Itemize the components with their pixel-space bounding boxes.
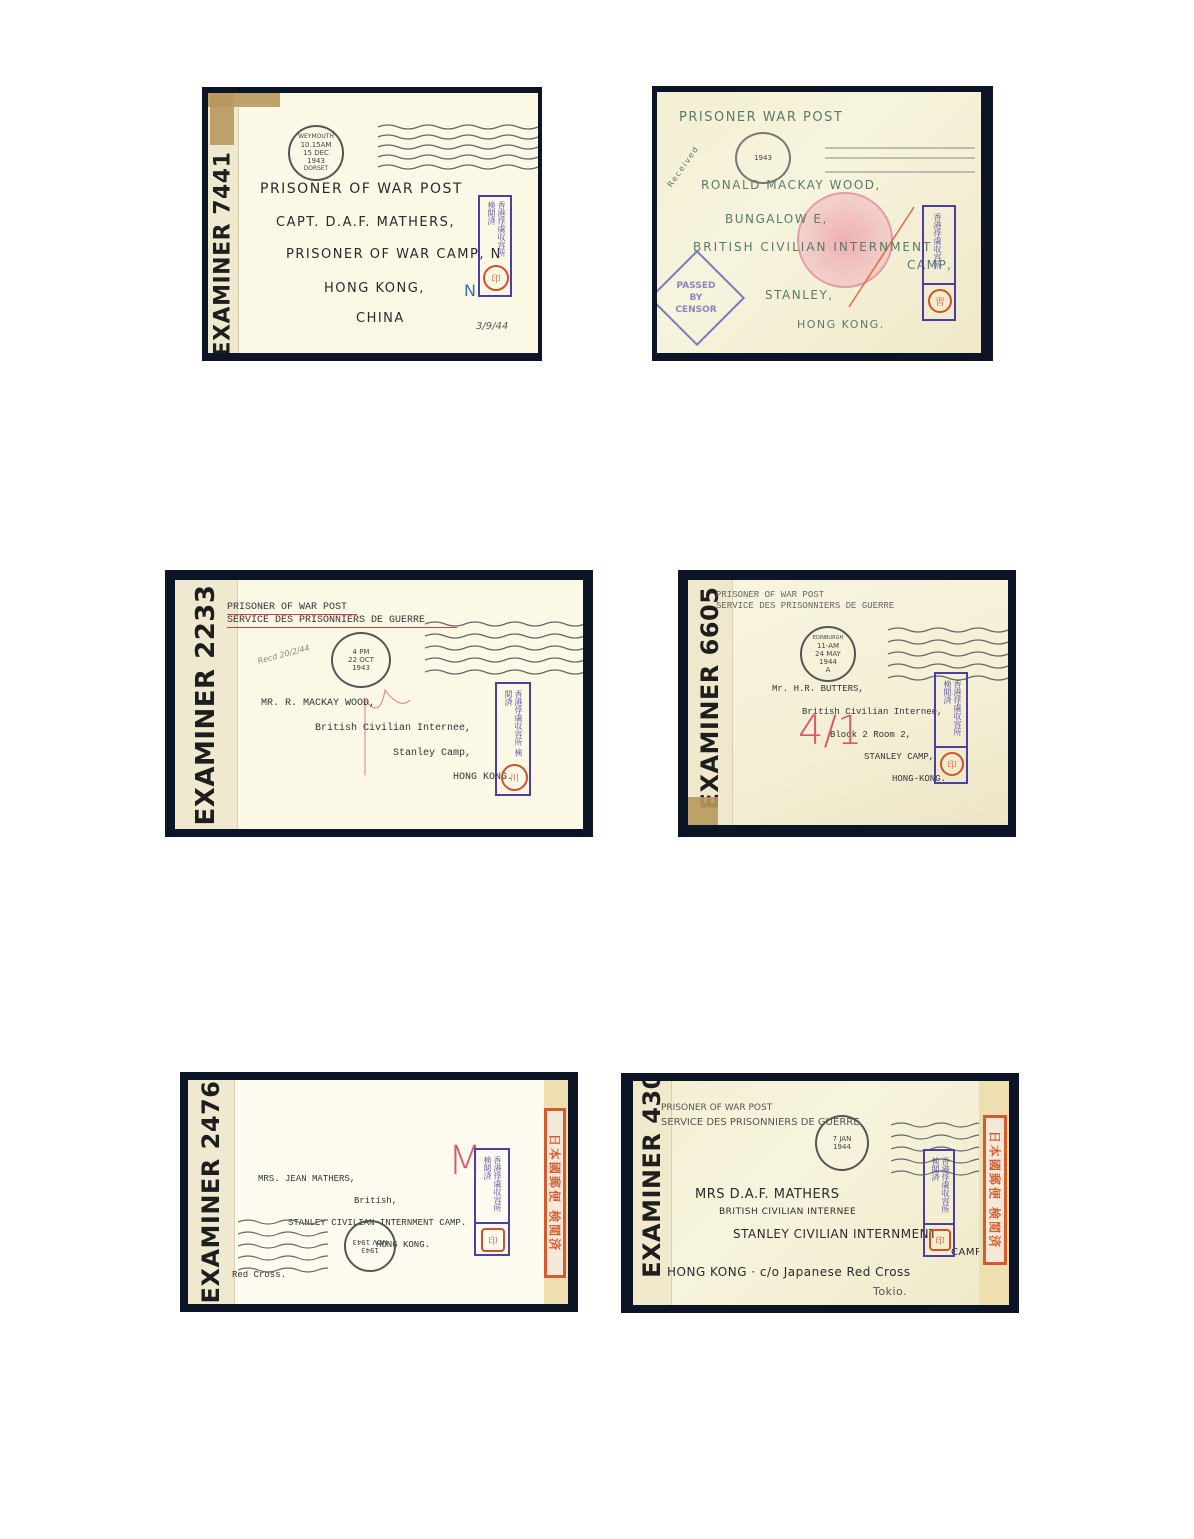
header-line-2: SERVICE DES PRISONNIERS DE GUERRE	[716, 601, 894, 611]
pencil-note: 3/9/44	[476, 321, 508, 332]
postmark: 1943	[735, 132, 791, 184]
japanese-censor-tape: 日本國郵便 検閲済	[979, 1081, 1009, 1305]
address-line-5: CHINA	[356, 311, 405, 326]
japanese-censor-box: 香港俘虜収容所 検閲済 印	[923, 1149, 955, 1257]
censor-examiner-label: EXAMINER 6605	[696, 586, 724, 809]
header-text: PRISONER WAR POST	[679, 110, 843, 125]
red-slash	[839, 202, 919, 312]
envelope: EXAMINER 2233 PRISONER OF WAR POST SERVI…	[175, 580, 583, 829]
envelope: EXAMINER 430 PRISONER OF WAR POST SERVIC…	[633, 1081, 1009, 1305]
censor-examiner-label: EXAMINER 2233	[191, 584, 221, 825]
japanese-censor-label: 日本國郵便 検閲済	[983, 1115, 1007, 1265]
address-line-2: CAPT. D.A.F. MATHERS,	[276, 215, 455, 230]
cover-4: EXAMINER 6605 PRISONER OF WAR POST SERVI…	[678, 570, 1016, 837]
address-line-1: MRS D.A.F. MATHERS	[695, 1187, 840, 1202]
header-line-1: PRISONER OF WAR POST	[661, 1103, 772, 1113]
address-line-1: MR. R. MACKAY WOOD,	[261, 698, 375, 709]
address-line-2: BUNGALOW E,	[725, 212, 828, 226]
address-line-4: HONG KONG,	[324, 281, 425, 296]
envelope: EXAMINER 6605 PRISONER OF WAR POST SERVI…	[688, 580, 1008, 825]
tape	[688, 797, 718, 825]
red-seal: 印	[481, 1228, 505, 1252]
japanese-censor-box: 香港俘虜収容所 検閲済 印	[478, 195, 512, 297]
censor-examiner-label: EXAMINER 2476	[197, 1081, 225, 1304]
address-line-3: PRISONER OF WAR CAMP, N	[286, 247, 502, 262]
address-line-2: British,	[354, 1196, 397, 1206]
japanese-censor-box: 香港俘虜収容所 検閲済 印	[474, 1148, 510, 1256]
blue-mark: N	[464, 281, 477, 300]
red-seal: 印	[940, 752, 964, 776]
red-seal: 印	[483, 265, 509, 291]
postmark: WEYMOUTH 10.15AM 15 DEC 1943 DORSET	[288, 125, 344, 181]
header-line-2: SERVICE DES PRISONNIERS DE GUERRE	[227, 615, 425, 626]
envelope: PRISONER WAR POST Received 1943 RONALD M…	[657, 92, 981, 353]
address-line-6: HONG KONG.	[797, 318, 885, 331]
wavy-cancel	[378, 121, 538, 177]
address-line-4: CAMP	[951, 1247, 981, 1258]
cover-1: EXAMINER 7441 WEYMOUTH 10.15AM 15 DEC 19…	[202, 87, 542, 361]
japanese-censor-box: 香港俘虜収容所 検閲済 印	[934, 672, 968, 784]
japanese-censor-tape: 日本國郵便 検閲済	[544, 1080, 568, 1304]
address-line-3: BRITISH CIVILIAN INTERNMENT	[693, 240, 932, 254]
cancel-bars	[825, 144, 975, 178]
pencil-note: Recd 20/2/44	[257, 643, 311, 665]
wavy-cancel	[238, 1216, 328, 1276]
passed-by-censor-text: PASSED BY CENSOR	[671, 280, 721, 316]
postmark: 1943 NOV 1943	[344, 1220, 396, 1272]
censor-strip: EXAMINER 6605	[688, 580, 733, 825]
side-note: Received	[666, 144, 701, 189]
cover-2: PRISONER WAR POST Received 1943 RONALD M…	[652, 86, 993, 361]
address-line-5: STANLEY,	[765, 288, 834, 302]
censor-examiner-label: EXAMINER 7441	[211, 152, 236, 353]
address-line-2: BRITISH CIVILIAN INTERNEE	[719, 1207, 856, 1217]
header-line-1: PRISONER OF WAR POST	[716, 590, 824, 600]
address-line-1: MRS. JEAN MATHERS,	[258, 1174, 355, 1184]
header-line-1: PRISONER OF WAR POST	[227, 602, 347, 613]
japanese-censor-box: 香港俘虜収容所 検閲済 川	[495, 682, 531, 796]
envelope: EXAMINER 7441 WEYMOUTH 10.15AM 15 DEC 19…	[208, 93, 538, 353]
address-line-4: STANLEY CAMP,	[864, 752, 934, 762]
address-line-6: Tokio.	[873, 1285, 907, 1298]
address-line-5: HONG KONG · c/o Japanese Red Cross	[667, 1265, 911, 1279]
address-line-3: Stanley Camp,	[393, 748, 471, 759]
cover-5: EXAMINER 2476 MRS. JEAN MATHERS, British…	[180, 1072, 578, 1312]
address-line-2: British Civilian Internee,	[315, 723, 471, 734]
japanese-censor-label: 日本國郵便 検閲済	[544, 1108, 566, 1278]
censor-strip: EXAMINER 2476	[188, 1080, 235, 1304]
address-line-1: Mr. H.R. BUTTERS,	[772, 684, 864, 694]
cover-3: EXAMINER 2233 PRISONER OF WAR POST SERVI…	[165, 570, 593, 837]
cover-6: EXAMINER 430 PRISONER OF WAR POST SERVIC…	[621, 1073, 1019, 1313]
postmark: 7 JAN 1944	[815, 1115, 869, 1171]
red-seal: 川	[501, 764, 528, 791]
tape	[210, 93, 234, 145]
wavy-cancel	[425, 618, 583, 684]
address-line-3: STANLEY CIVILIAN INTERNMENT	[733, 1227, 937, 1241]
envelope: EXAMINER 2476 MRS. JEAN MATHERS, British…	[188, 1080, 568, 1304]
address-line-1: PRISONER OF WAR POST	[260, 181, 463, 197]
postmark: EDINBURGH 11-AM 24 MAY 1944 A	[800, 626, 856, 682]
red-seal: 印	[929, 1229, 951, 1251]
japanese-censor-box: 香港俘虜収容所 習	[922, 205, 956, 321]
red-pencil-mark: 4/1	[798, 708, 862, 754]
red-seal: 習	[928, 289, 952, 313]
address-line-1: RONALD MACKAY WOOD,	[701, 178, 881, 192]
